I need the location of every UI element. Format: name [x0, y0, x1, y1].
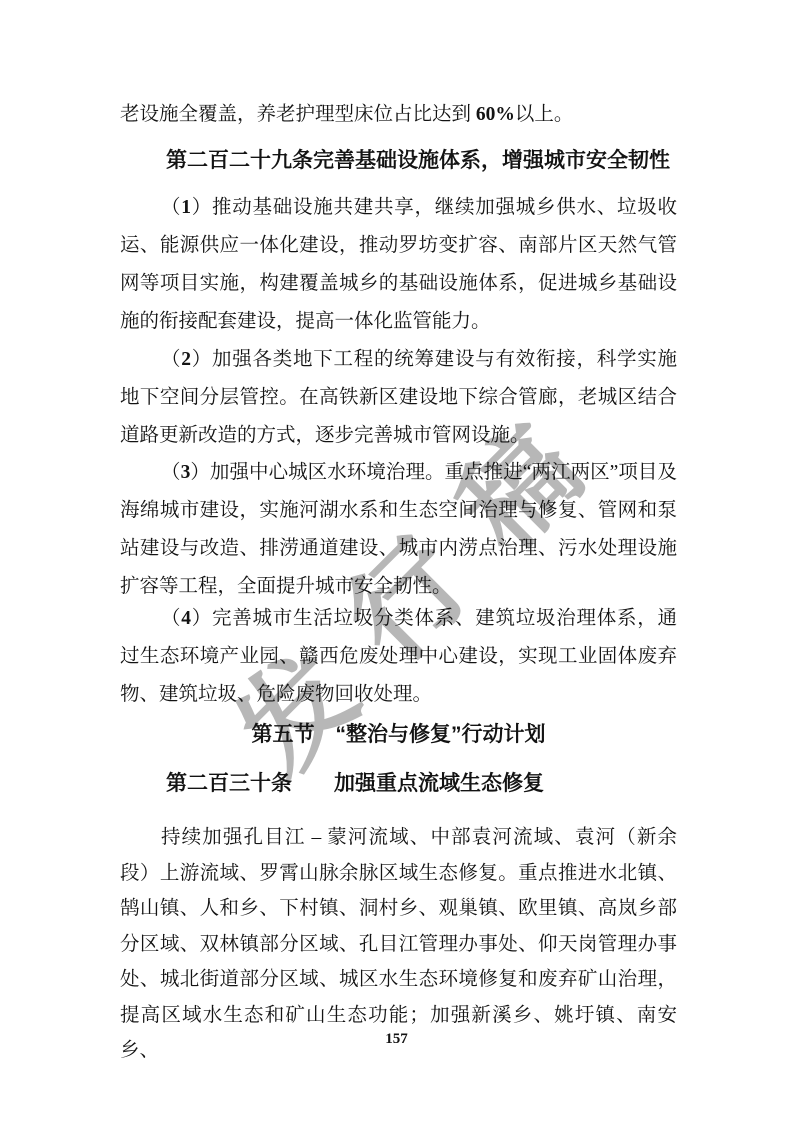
- article-230-title: 加强重点流域生态修复: [334, 771, 544, 795]
- section-5-prefix: 第五节: [252, 723, 315, 746]
- article-230-heading: 第二百三十条加强重点流域生态修复: [120, 764, 677, 802]
- item-2-close-paren: ）: [191, 349, 212, 370]
- item-4-close-paren: ）: [191, 608, 212, 629]
- paragraph-intro: 老设施全覆盖，养老护理型床位占比达到 60%以上。: [120, 96, 677, 134]
- item-3-close-paren: ）: [190, 462, 210, 483]
- intro-text-post: 以上。: [515, 104, 574, 125]
- item-3-open-paren: （: [161, 462, 181, 483]
- paragraph-item-1: （1）推动基础设施共建共享，继续加强城乡供水、垃圾收运、能源供应一体化建设，推动…: [120, 189, 677, 341]
- item-2-open-paren: （: [161, 349, 181, 370]
- item-1-open-paren: （: [161, 197, 181, 218]
- item-4-open-paren: （: [161, 608, 181, 629]
- paragraph-item-4: （4）完善城市生活垃圾分类体系、建筑垃圾治理体系，通过生态环境产业园、赣西危废处…: [120, 600, 677, 714]
- intro-text-pre: 老设施全覆盖，养老护理型床位占比达到: [120, 104, 476, 125]
- item-1-number: 1: [181, 197, 191, 218]
- item-3-number: 3: [181, 462, 191, 483]
- paragraph-item-2: （2）加强各类地下工程的统筹建设与有效衔接，科学实施地下空间分层管控。在高铁新区…: [120, 341, 677, 455]
- paragraph-item-3: （3）加强中心城区水环境治理。重点推进“两江两区”项目及海绵城市建设，实施河湖水…: [120, 454, 677, 606]
- item-4-number: 4: [181, 608, 191, 629]
- section-5-title: “整治与修复”行动计划: [336, 723, 546, 746]
- intro-bold-value: 60%: [476, 104, 515, 125]
- page-number: 157: [0, 1031, 793, 1048]
- item-2-number: 2: [181, 349, 191, 370]
- section-5-heading: 第五节“整治与修复”行动计划: [120, 716, 677, 754]
- article-230-number: 第二百三十条: [166, 771, 292, 795]
- document-page: 发行稿 老设施全覆盖，养老护理型床位占比达到 60%以上。 第二百二十九条完善基…: [0, 0, 793, 1122]
- item-1-close-paren: ）: [191, 197, 212, 218]
- article-229-heading: 第二百二十九条完善基础设施体系，增强城市安全韧性: [120, 141, 677, 179]
